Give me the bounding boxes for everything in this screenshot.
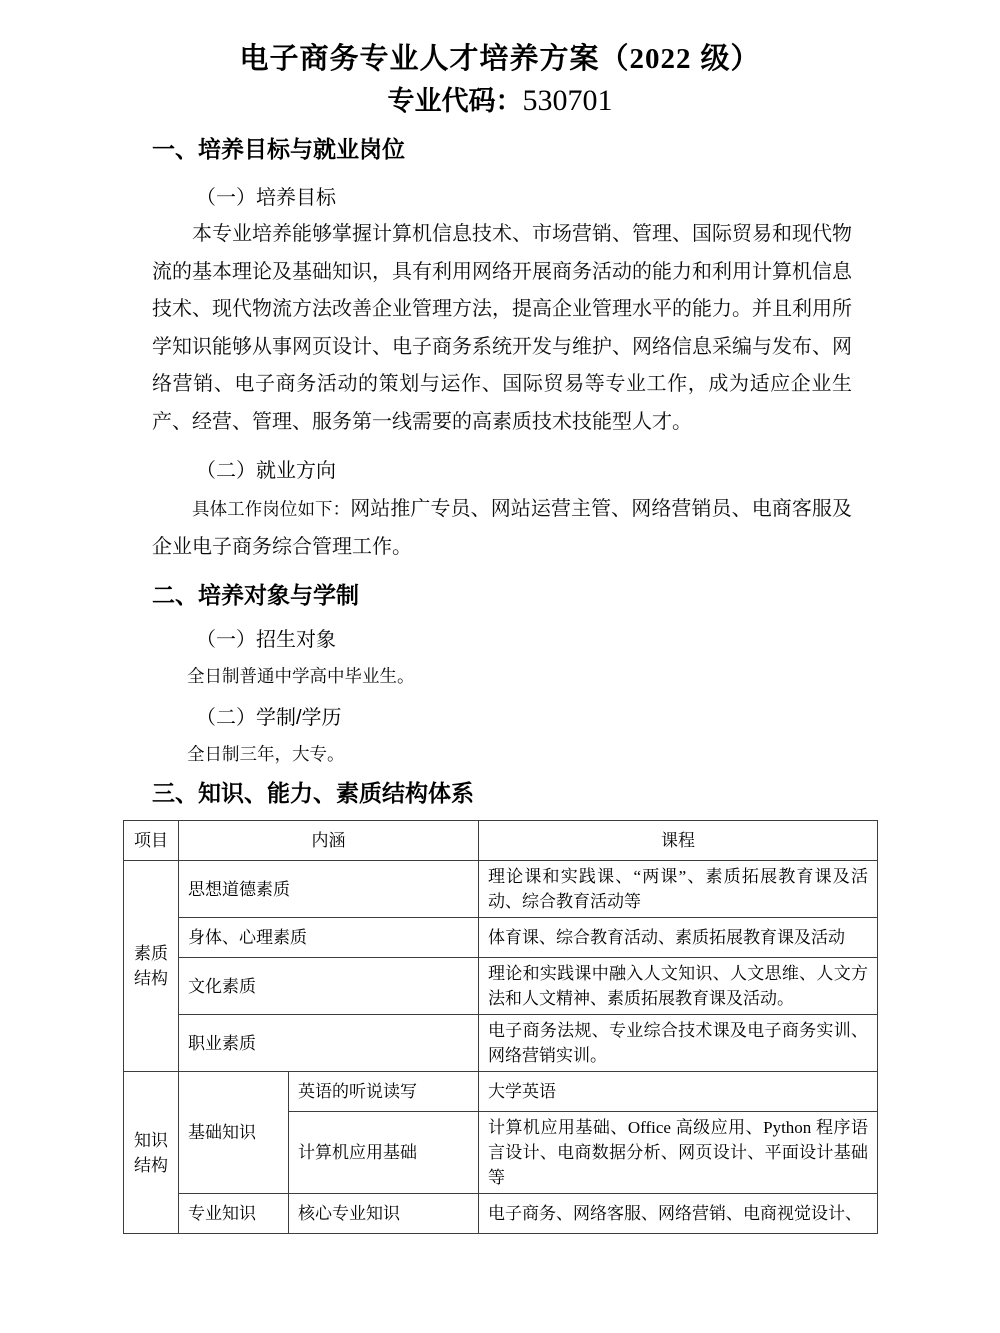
section-2-1-heading: （一）招生对象 (196, 626, 1000, 654)
basic-row-2-sub: 计算机应用基础 (289, 1112, 479, 1194)
major-code-value: 530701 (523, 84, 613, 117)
employment-lead-text: 具体工作岗位如下： (192, 499, 350, 519)
basic-row-1-sub: 英语的听说读写 (289, 1072, 479, 1112)
doc-title: 电子商务专业人才培养方案（2022 级） (0, 40, 1000, 78)
major-code-label: 专业代码： (388, 86, 523, 116)
quality-row-1-courses: 理论课和实践课、“两课”、素质拓展教育课及活动、综合教育活动等 (479, 861, 878, 918)
table-row: 知识结构 基础知识 英语的听说读写 大学英语 (124, 1072, 878, 1112)
table-row: 文化素质 理论和实践课中融入人文知识、人文思维、人文方法和人文精神、素质拓展教育… (124, 958, 878, 1015)
section-3-heading: 三、知识、能力、素质结构体系 (152, 778, 1000, 808)
group-quality-structure: 素质结构 (124, 861, 179, 1072)
professional-row-1-sub: 核心专业知识 (289, 1194, 479, 1234)
basic-row-2-courses: 计算机应用基础、Office 高级应用、Python 程序语言设计、电商数据分析… (479, 1112, 878, 1194)
section-1-1-heading: （一）培养目标 (196, 184, 1000, 212)
duration-paragraph: 全日制三年，大专。 (152, 742, 852, 766)
professional-row-1-courses: 电子商务、网络客服、网络营销、电商视觉设计、 (479, 1194, 878, 1234)
enrollment-paragraph: 全日制普通中学高中毕业生。 (152, 664, 852, 688)
section-1-heading: 一、培养目标与就业岗位 (152, 134, 1000, 164)
header-courses: 课程 (479, 821, 878, 861)
table-header-row: 项目 内涵 课程 (124, 821, 878, 861)
quality-row-3-courses: 理论和实践课中融入人文知识、人文思维、人文方法和人文精神、素质拓展教育课及活动。 (479, 958, 878, 1015)
basic-row-1-courses: 大学英语 (479, 1072, 878, 1112)
quality-row-4-courses: 电子商务法规、专业综合技术课及电子商务实训、网络营销实训。 (479, 1015, 878, 1072)
quality-row-4-label: 职业素质 (179, 1015, 479, 1072)
quality-row-3-label: 文化素质 (179, 958, 479, 1015)
header-connotation: 内涵 (179, 821, 479, 861)
quality-row-2-label: 身体、心理素质 (179, 918, 479, 958)
quality-row-2-courses: 体育课、综合教育活动、素质拓展教育课及活动 (479, 918, 878, 958)
doc-subtitle: 专业代码：530701 (0, 84, 1000, 118)
doc-title-prefix: 电子商务专业人才培养方案（ (239, 43, 629, 75)
knowledge-quality-structure-table: 项目 内涵 课程 素质结构 思想道德素质 理论课和实践课、“两课”、素质拓展教育… (123, 820, 878, 1234)
document-page: 电子商务专业人才培养方案（2022 级） 专业代码：530701 一、培养目标与… (0, 0, 1000, 1333)
section-1-2-heading: （二）就业方向 (196, 457, 1000, 485)
table-row: 身体、心理素质 体育课、综合教育活动、素质拓展教育课及活动 (124, 918, 878, 958)
quality-row-1-label: 思想道德素质 (179, 861, 479, 918)
professional-knowledge-label: 专业知识 (179, 1194, 289, 1234)
doc-title-suffix: 级） (691, 43, 760, 75)
training-objective-paragraph: 本专业培养能够掌握计算机信息技术、市场营销、管理、国际贸易和现代物流的基本理论及… (152, 216, 852, 441)
doc-title-year: 2022 (629, 43, 691, 75)
section-2-heading: 二、培养对象与学制 (152, 580, 1000, 610)
header-project: 项目 (124, 821, 179, 861)
table-row: 职业素质 电子商务法规、专业综合技术课及电子商务实训、网络营销实训。 (124, 1015, 878, 1072)
section-2-2-heading: （二）学制/学历 (196, 704, 1000, 732)
basic-knowledge-label: 基础知识 (179, 1072, 289, 1194)
table-row: 素质结构 思想道德素质 理论课和实践课、“两课”、素质拓展教育课及活动、综合教育… (124, 861, 878, 918)
table-row: 专业知识 核心专业知识 电子商务、网络客服、网络营销、电商视觉设计、 (124, 1194, 878, 1234)
employment-paragraph: 具体工作岗位如下：网站推广专员、网站运营主管、网络营销员、电商客服及企业电子商务… (152, 491, 852, 566)
group-knowledge-structure: 知识结构 (124, 1072, 179, 1234)
